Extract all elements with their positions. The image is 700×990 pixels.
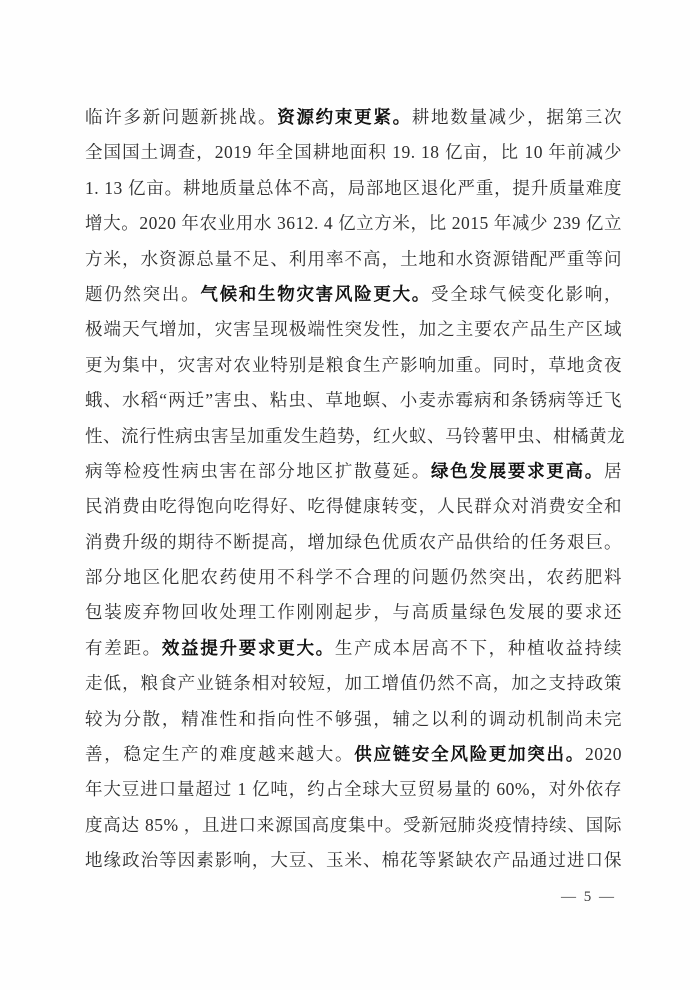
- text-segment: 善，稳定生产的难度越来越大。: [85, 744, 354, 764]
- text-segment: 居: [604, 461, 622, 481]
- text-line: 包装废弃物回收处理工作刚刚起步，与高质量绿色发展的要求还: [85, 595, 622, 630]
- text-line: 走低，粮食产业链条相对较短，加工增值仍然不高，加之支持政策: [85, 666, 622, 701]
- text-segment: 临许多新问题新挑战。: [85, 107, 277, 127]
- bold-phrase: 绿色发展要求更高。: [431, 461, 604, 481]
- text-line: 更为集中，灾害对农业特别是粮食生产影响加重。同时，草地贪夜: [85, 348, 622, 383]
- text-line: 性、流行性病虫害呈加重发生趋势，红火蚁、马铃薯甲虫、柑橘黄龙: [85, 419, 622, 454]
- text-line: 蛾、水稻“两迁”害虫、粘虫、草地螟、小麦赤霉病和条锈病等迁飞: [85, 383, 622, 418]
- text-line: 临许多新问题新挑战。资源约束更紧。耕地数量减少，据第三次: [85, 100, 622, 135]
- bold-phrase: 效益提升要求更大。: [162, 638, 335, 658]
- text-line: 较为分散，精准性和指向性不够强，辅之以利的调动机制尚未完: [85, 702, 622, 737]
- text-segment: 有差距。: [85, 638, 162, 658]
- page-number: — 5 —: [561, 889, 616, 905]
- text-segment: 性、流行性病虫害呈加重发生趋势，红火蚁、马铃薯甲虫、柑橘黄龙: [85, 426, 625, 446]
- text-segment: 耕地数量减少，据第三次: [412, 107, 622, 127]
- text-line: 全国国土调查，2019 年全国耕地面积 19. 18 亿亩，比 10 年前减少: [85, 135, 622, 170]
- text-segment: 包装废弃物回收处理工作刚刚起步，与高质量绿色发展的要求还: [85, 602, 622, 622]
- text-segment: 全国国土调查，2019 年全国耕地面积 19. 18 亿亩，比 10 年前减少: [85, 142, 622, 162]
- text-line: 部分地区化肥农药使用不科学不合理的问题仍然突出，农药肥料: [85, 560, 622, 595]
- text-segment: 极端天气增加，灾害呈现极端性突发性，加之主要农产品生产区域: [85, 319, 622, 339]
- text-line: 地缘政治等因素影响，大豆、玉米、棉花等紧缺农产品通过进口保: [85, 843, 622, 878]
- bold-phrase: 资源约束更紧。: [277, 107, 412, 127]
- text-segment: 生产成本居高不下，种植收益持续: [335, 638, 622, 658]
- text-line: 民消费由吃得饱向吃得好、吃得健康转变，人民群众对消费安全和: [85, 489, 622, 524]
- text-segment: 受全球气候变化影响，: [431, 284, 622, 304]
- text-line: 有差距。效益提升要求更大。生产成本居高不下，种植收益持续: [85, 631, 622, 666]
- text-line: 度高达 85% ，且进口来源国高度集中。受新冠肺炎疫情持续、国际: [85, 808, 622, 843]
- text-segment: 方米，水资源总量不足、利用率不高，土地和水资源错配严重等问: [85, 249, 622, 269]
- bold-phrase: 供应链安全风险更加突出。: [354, 744, 585, 764]
- text-line: 病等检疫性病虫害在部分地区扩散蔓延。绿色发展要求更高。居: [85, 454, 622, 489]
- text-segment: 走低，粮食产业链条相对较短，加工增值仍然不高，加之支持政策: [85, 673, 622, 693]
- text-line: 消费升级的期待不断提高，增加绿色优质农产品供给的任务艰巨。: [85, 525, 622, 560]
- text-segment: 题仍然突出。: [85, 284, 200, 304]
- text-segment: 蛾、水稻“两迁”害虫、粘虫、草地螟、小麦赤霉病和条锈病等迁飞: [85, 390, 622, 410]
- text-block: 临许多新问题新挑战。资源约束更紧。耕地数量减少，据第三次全国国土调查，2019 …: [85, 100, 622, 879]
- text-line: 1. 13 亿亩。耕地质量总体不高，局部地区退化严重，提升质量难度: [85, 171, 622, 206]
- text-line: 增大。2020 年农业用水 3612. 4 亿立方米，比 2015 年减少 23…: [85, 206, 622, 241]
- text-segment: 部分地区化肥农药使用不科学不合理的问题仍然突出，农药肥料: [85, 567, 622, 587]
- text-segment: 民消费由吃得饱向吃得好、吃得健康转变，人民群众对消费安全和: [85, 496, 622, 516]
- text-segment: 病等检疫性病虫害在部分地区扩散蔓延。: [85, 461, 431, 481]
- document-page: 临许多新问题新挑战。资源约束更紧。耕地数量减少，据第三次全国国土调查，2019 …: [0, 0, 700, 990]
- text-segment: 2020: [585, 744, 622, 764]
- text-segment: 地缘政治等因素影响，大豆、玉米、棉花等紧缺农产品通过进口保: [85, 850, 622, 870]
- text-segment: 增大。2020 年农业用水 3612. 4 亿立方米，比 2015 年减少 23…: [85, 213, 622, 233]
- text-segment: 更为集中，灾害对农业特别是粮食生产影响加重。同时，草地贪夜: [85, 355, 622, 375]
- text-segment: 消费升级的期待不断提高，增加绿色优质农产品供给的任务艰巨。: [85, 532, 622, 552]
- text-segment: 年大豆进口量超过 1 亿吨，约占全球大豆贸易量的 60%，对外依存: [85, 779, 622, 799]
- text-segment: 度高达 85% ，且进口来源国高度集中。受新冠肺炎疫情持续、国际: [85, 815, 622, 835]
- page-number-row: — 5 —: [85, 886, 622, 908]
- text-line: 年大豆进口量超过 1 亿吨，约占全球大豆贸易量的 60%，对外依存: [85, 772, 622, 807]
- text-line: 极端天气增加，灾害呈现极端性突发性，加之主要农产品生产区域: [85, 312, 622, 347]
- text-segment: 较为分散，精准性和指向性不够强，辅之以利的调动机制尚未完: [85, 709, 622, 729]
- text-line: 题仍然突出。气候和生物灾害风险更大。受全球气候变化影响，: [85, 277, 622, 312]
- text-segment: 1. 13 亿亩。耕地质量总体不高，局部地区退化严重，提升质量难度: [85, 178, 622, 198]
- text-line: 方米，水资源总量不足、利用率不高，土地和水资源错配严重等问: [85, 242, 622, 277]
- bold-phrase: 气候和生物灾害风险更大。: [200, 284, 431, 304]
- text-line: 善，稳定生产的难度越来越大。供应链安全风险更加突出。2020: [85, 737, 622, 772]
